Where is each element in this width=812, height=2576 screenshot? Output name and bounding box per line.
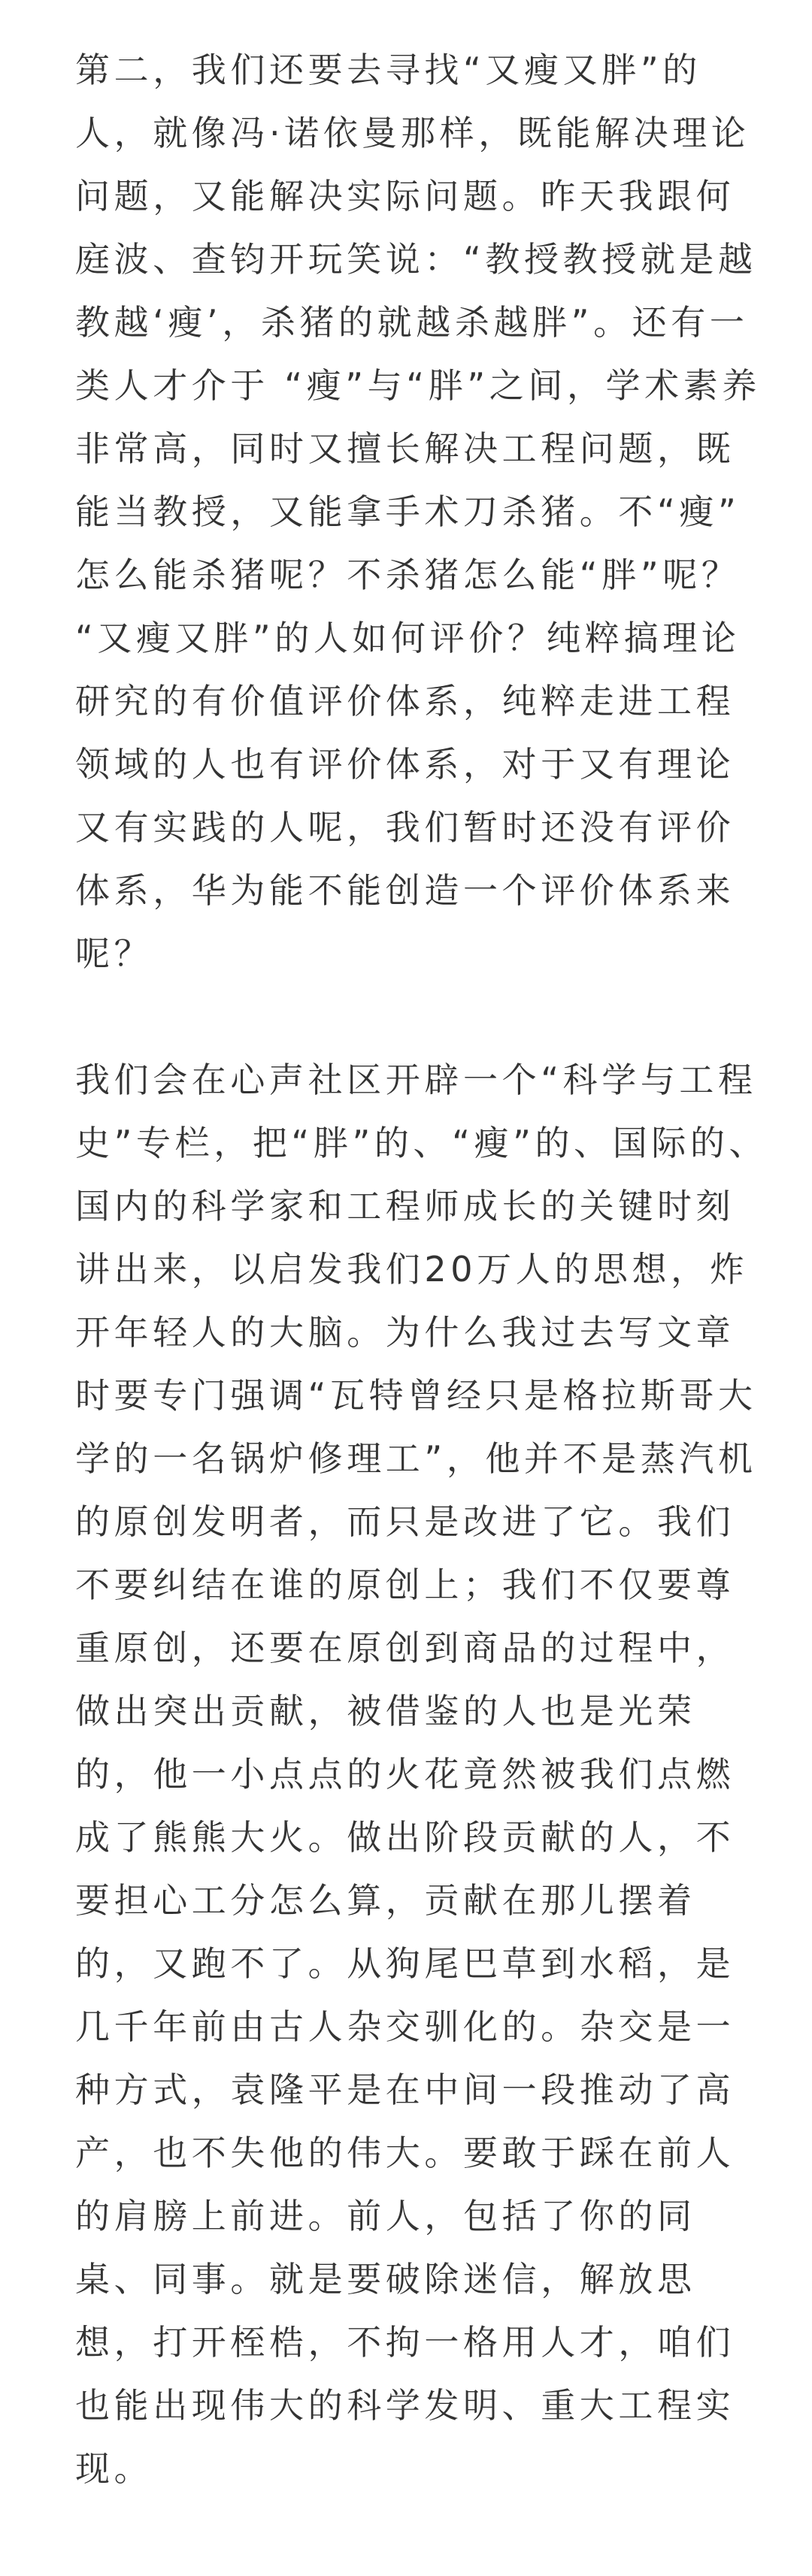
text-line: 重原创，还要在原创到商品的过程中， [75,1616,752,1680]
text-line: 的原创发明者，而只是改进了它。我们 [75,1490,752,1553]
text-line: 做出突出贡献，被借鉴的人也是光荣 [75,1680,752,1743]
text-line: 桌、同事。就是要破除迷信，解放思 [75,2248,752,2311]
paragraph-1: 第二，我们还要去寻找“又瘦又胖”的 人，就像冯·诺依曼那样，既能解决理论 问题，… [75,38,752,985]
text-line: 问题，又能解决实际问题。昨天我跟何 [75,165,752,228]
text-line: 教越‘瘦’，杀猪的就越杀越胖”。还有一 [75,291,752,354]
text-line: 非常高，同时又擅长解决工程问题，既 [75,417,752,480]
text-line: 国内的科学家和工程师成长的关键时刻 [75,1175,752,1238]
text-line: 怎么能杀猪呢？不杀猪怎么能“胖”呢？ [75,543,752,606]
text-line: 呢？ [75,922,752,985]
text-line: 开年轻人的大脑。为什么我过去写文章 [75,1301,752,1364]
text-line: 现。 [75,2437,752,2500]
text-line: 的肩膀上前进。前人，包括了你的同 [75,2184,752,2248]
text-line: 研究的有价值评价体系，纯粹走进工程 [75,670,752,733]
paragraph-2: 我们会在心声社区开辟一个“科学与工程 史”专栏，把“胖”的、“瘦”的、国际的、 … [75,1048,752,2500]
text-line: 我们会在心声社区开辟一个“科学与工程 [75,1048,752,1111]
text-line: 的，他一小点点的火花竟然被我们点燃 [75,1743,752,1806]
text-line: 人，就像冯·诺依曼那样，既能解决理论 [75,101,752,165]
text-line: 成了熊熊大火。做出阶段贡献的人，不 [75,1806,752,1869]
text-line: 时要专门强调“瓦特曾经只是格拉斯哥大 [75,1364,752,1427]
text-line: 能当教授，又能拿手术刀杀猪。不“瘦” [75,480,752,543]
text-line: 学的一名锅炉修理工”，他并不是蒸汽机 [75,1427,752,1490]
text-line: 不要纠结在谁的原创上；我们不仅要尊 [75,1553,752,1616]
text-line: “又瘦又胖”的人如何评价？纯粹搞理论 [75,606,752,670]
text-line: 又有实践的人呢，我们暂时还没有评价 [75,796,752,859]
text-line: 类人才介于 “瘦”与“胖”之间，学术素养 [75,354,752,417]
article-body: 第二，我们还要去寻找“又瘦又胖”的 人，就像冯·诺依曼那样，既能解决理论 问题，… [75,38,752,2500]
text-line: 想，打开桎梏，不拘一格用人才，咱们 [75,2311,752,2374]
text-line: 第二，我们还要去寻找“又瘦又胖”的 [75,38,752,101]
text-line: 几千年前由古人杂交驯化的。杂交是一 [75,1995,752,2058]
text-line: 产，也不失他的伟大。要敢于踩在前人 [75,2121,752,2184]
text-line: 庭波、查钧开玩笑说：“教授教授就是越 [75,228,752,291]
text-line: 领域的人也有评价体系，对于又有理论 [75,733,752,796]
text-line: 也能出现伟大的科学发明、重大工程实 [75,2374,752,2437]
text-line: 的，又跑不了。从狗尾巴草到水稻，是 [75,1932,752,1995]
text-line: 体系，华为能不能创造一个评价体系来 [75,859,752,922]
text-line: 要担心工分怎么算，贡献在那儿摆着 [75,1869,752,1932]
text-line: 种方式，袁隆平是在中间一段推动了高 [75,2058,752,2121]
text-line: 史”专栏，把“胖”的、“瘦”的、国际的、 [75,1111,752,1175]
text-line: 讲出来，以启发我们20万人的思想，炸 [75,1238,752,1301]
